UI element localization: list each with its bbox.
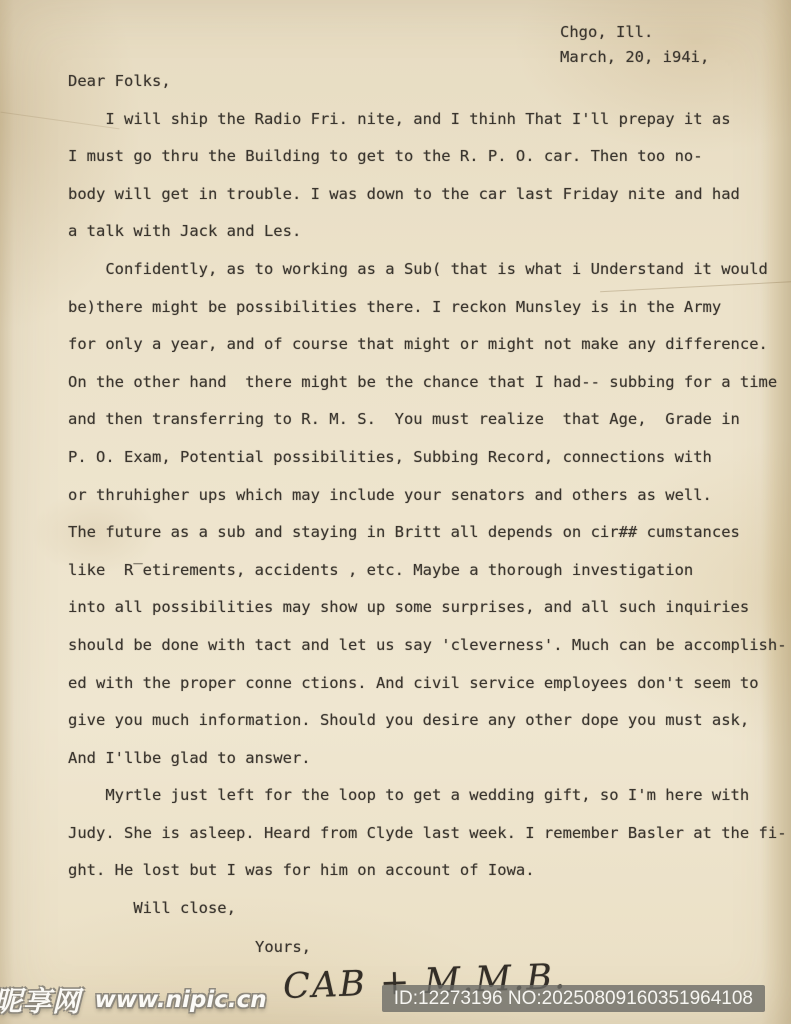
letter-line: On the other hand there might be the cha… bbox=[68, 373, 787, 411]
letter-line: give you much information. Should you de… bbox=[68, 711, 787, 749]
watermark-site-url: www.nipic.cn bbox=[95, 987, 267, 1013]
letter-line: Dear Folks, bbox=[68, 72, 787, 110]
letter-body: Dear Folks, I will ship the Radio Fri. n… bbox=[68, 72, 787, 937]
letter-line: or thruhigher ups which may include your… bbox=[68, 486, 787, 524]
watermark-logo: 昵享网 www.nipic.cn bbox=[0, 980, 267, 1020]
letter-line: into all possibilities may show up some … bbox=[68, 598, 787, 636]
letter-line: Will close, bbox=[68, 899, 787, 937]
letter-line: and then transferring to R. M. S. You mu… bbox=[68, 410, 787, 448]
letter-line: March, 20, i94i, bbox=[560, 45, 709, 70]
letter-line: I will ship the Radio Fri. nite, and I t… bbox=[68, 110, 787, 148]
letter-line: Confidently, as to working as a Sub( tha… bbox=[68, 260, 787, 298]
letter-line: P. O. Exam, Potential possibilities, Sub… bbox=[68, 448, 787, 486]
letter-dateline: Chgo, Ill.March, 20, i94i, bbox=[560, 20, 709, 69]
letter-line: ed with the proper conne ctions. And civ… bbox=[68, 674, 787, 712]
letter-valediction: Yours, bbox=[255, 938, 311, 956]
letter-line: should be done with tact and let us say … bbox=[68, 636, 787, 674]
letter-line: for only a year, and of course that migh… bbox=[68, 335, 787, 373]
letter-line: like R‾etirements, accidents , etc. Mayb… bbox=[68, 561, 787, 599]
letter-line: ght. He lost but I was for him on accoun… bbox=[68, 861, 787, 899]
letter-line: Chgo, Ill. bbox=[560, 20, 709, 45]
watermark-site-name: 昵享网 bbox=[0, 985, 81, 1018]
watermark-id-badge: ID:12273196 NO:20250809160351964108 bbox=[382, 985, 765, 1012]
letter-line: Judy. She is asleep. Heard from Clyde la… bbox=[68, 824, 787, 862]
letter-line: And I'llbe glad to answer. bbox=[68, 749, 787, 787]
letter-line: The future as a sub and staying in Britt… bbox=[68, 523, 787, 561]
letter-scan: Chgo, Ill.March, 20, i94i, Dear Folks, I… bbox=[0, 0, 791, 1024]
letter-line: a talk with Jack and Les. bbox=[68, 222, 787, 260]
letter-line: I must go thru the Building to get to th… bbox=[68, 147, 787, 185]
letter-line: Myrtle just left for the loop to get a w… bbox=[68, 786, 787, 824]
letter-line: body will get in trouble. I was down to … bbox=[68, 185, 787, 223]
letter-line: be)there might be possibilities there. I… bbox=[68, 298, 787, 336]
